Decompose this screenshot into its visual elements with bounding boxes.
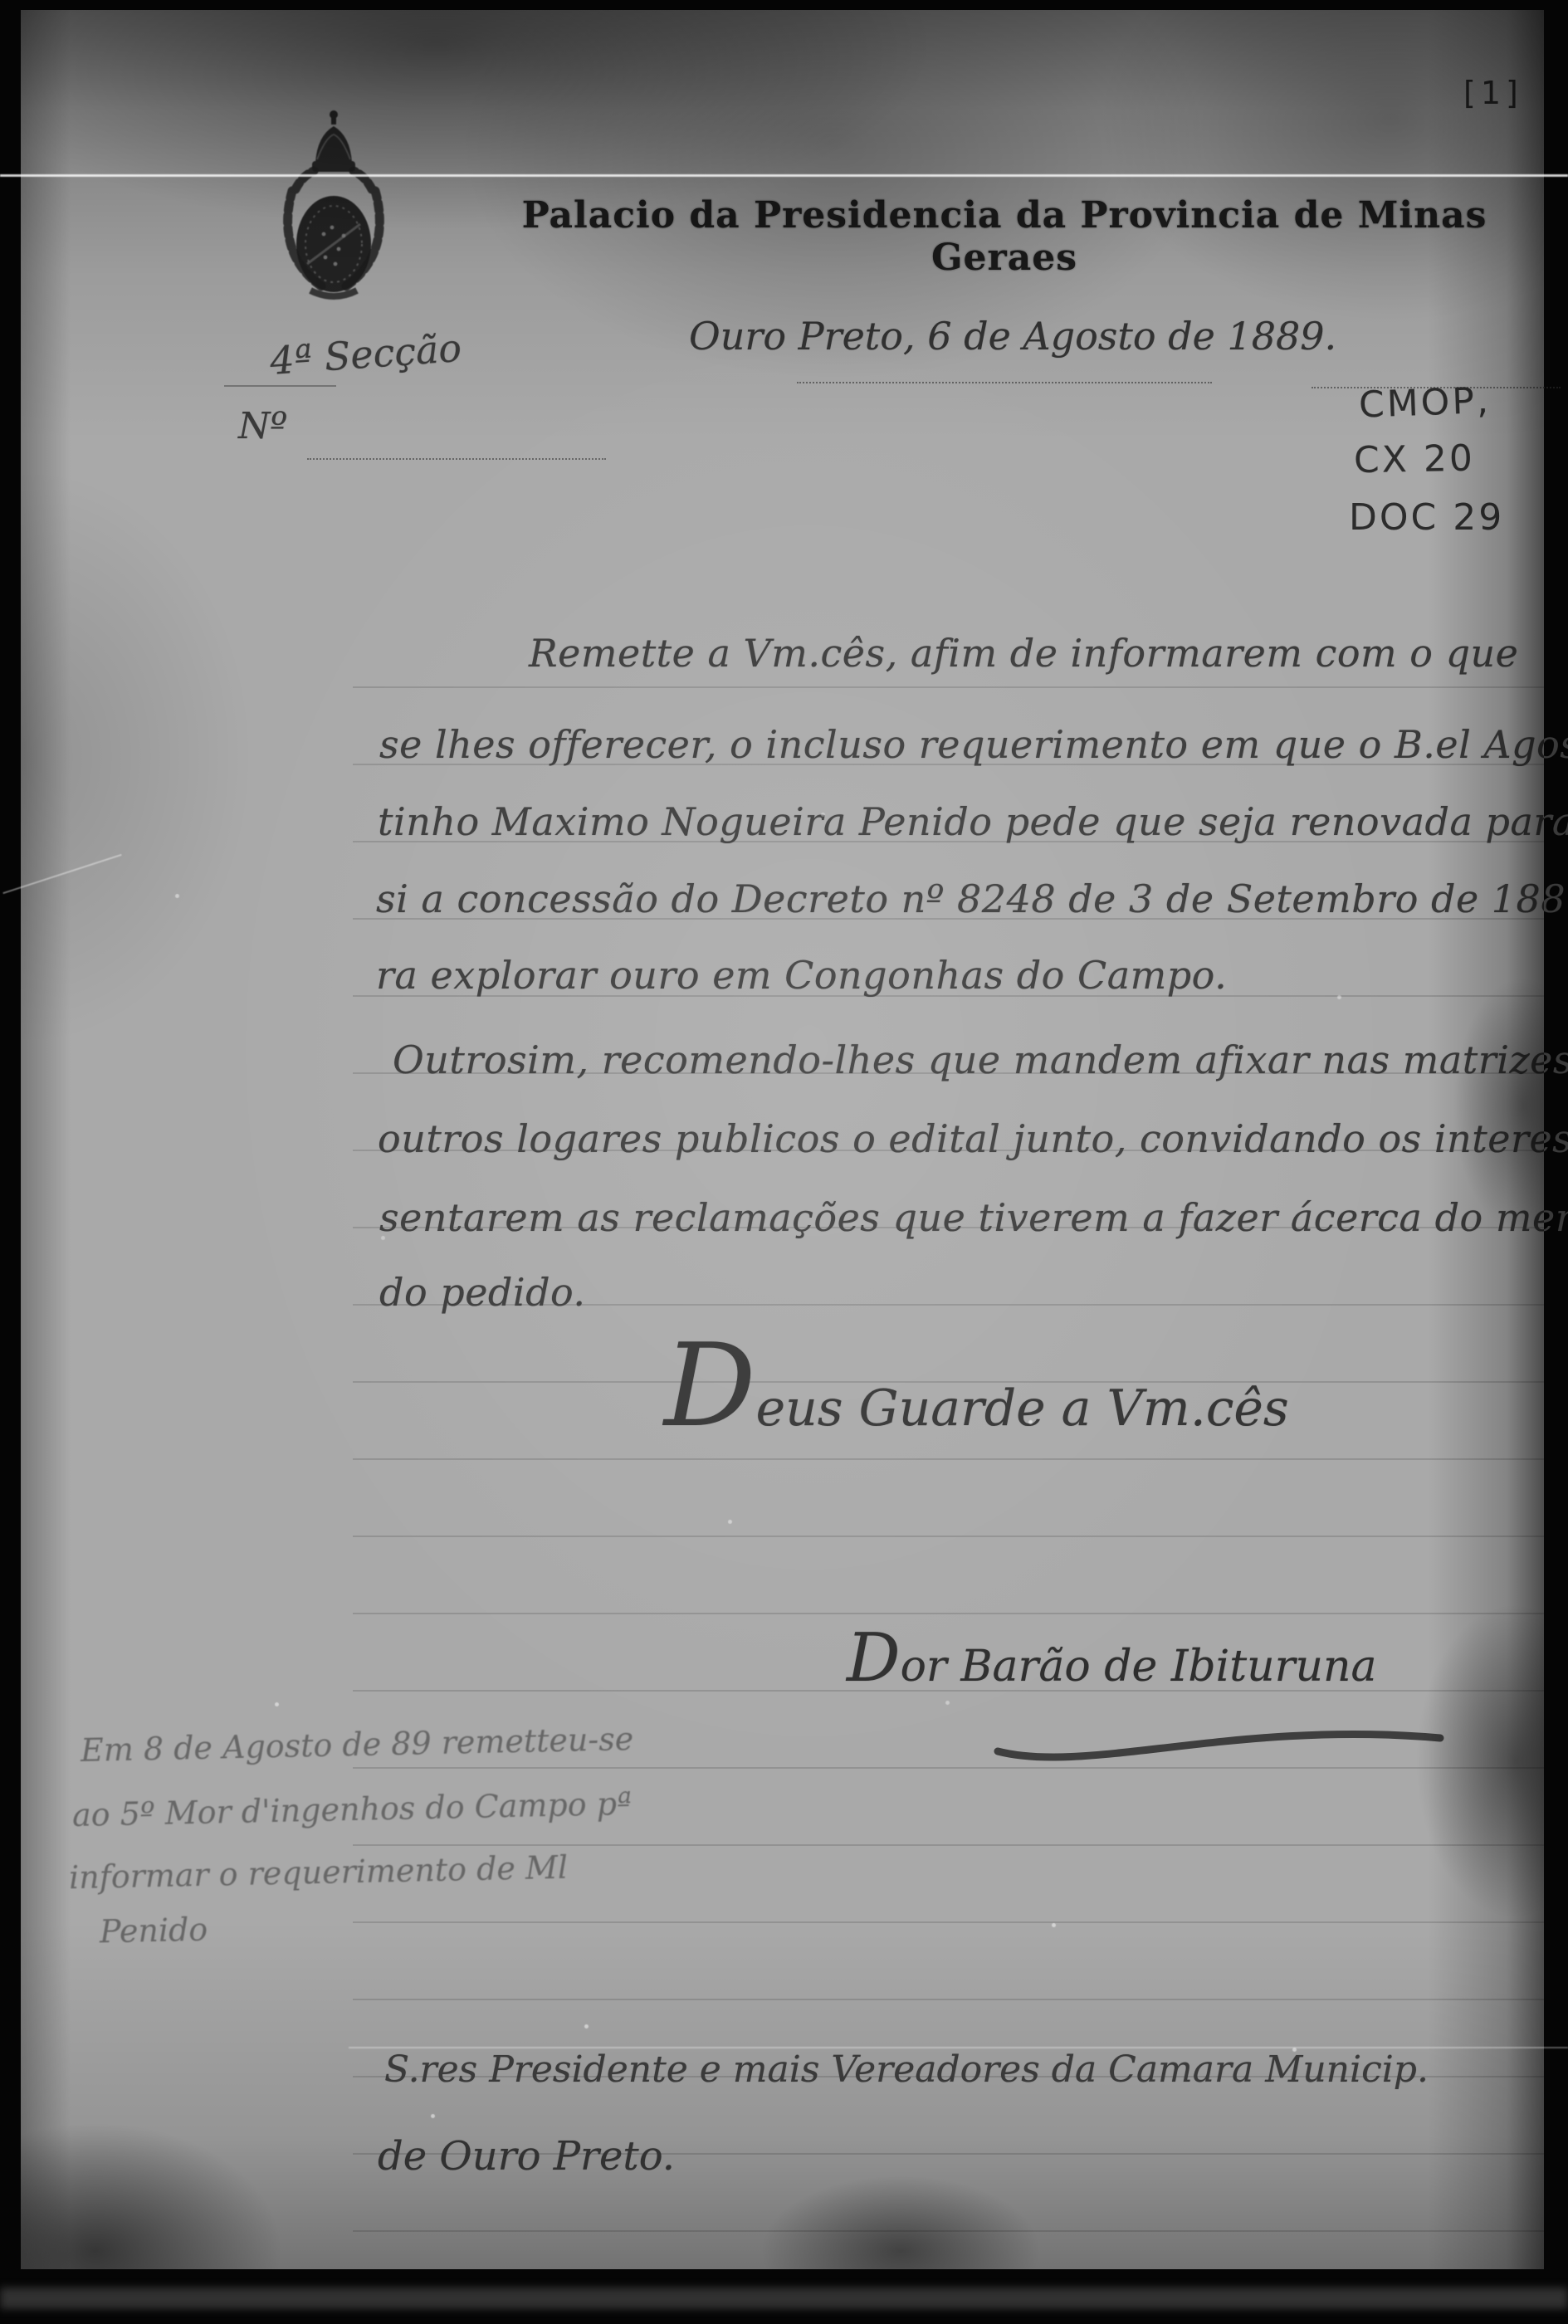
signature-flourish-icon: [988, 1713, 1453, 1773]
body-line: ra explorar ouro em Congonhas do Campo.: [376, 954, 1227, 997]
valediction: Deus Guarde a Vm.cês: [664, 1381, 1289, 1436]
body-line: si a concessão do Decreto nº 8248 de 3 d…: [376, 878, 1568, 920]
page-number-annotation: [1]: [1463, 75, 1523, 111]
addressee-line: de Ouro Preto.: [378, 2135, 675, 2179]
body-line: sentarem as reclamações que tiverem a fa…: [379, 1197, 1568, 1239]
collection-annotation: CMOP,: [1358, 379, 1492, 427]
addressee-line: S.res Presidente e mais Vereadores da Ca…: [384, 2050, 1429, 2090]
date-fill-line: [797, 382, 1212, 383]
body-line: tinho Maximo Nogueira Penido pede que se…: [378, 801, 1568, 843]
letter-paper: Palacio da Presidencia da Provincia de M…: [21, 10, 1544, 2269]
body-line: se lhes offerecer, o incluso requeriment…: [379, 724, 1568, 766]
box-annotation: CX 20: [1354, 437, 1476, 482]
scratch-line-faint: [349, 2047, 1568, 2048]
letterhead-title: Palacio da Presidencia da Provincia de M…: [452, 194, 1556, 279]
docket-note-line: Em 8 de Agosto de 89 remetteu-se: [81, 1721, 634, 1769]
dust-speckles: [0, 0, 2, 2]
signature: Dor Barão de Ibituruna: [847, 1643, 1377, 1691]
imperial-coat-of-arms-icon: [259, 101, 408, 305]
section-fill-line: [224, 385, 336, 387]
section-label: 4ª Secção: [269, 327, 463, 383]
body-line: Outrosim, recomendo-lhes que mandem afix…: [393, 1039, 1568, 1081]
docket-note-line: informar o requerimento de Ml: [69, 1849, 569, 1897]
body-line: outros logares publicos o edital junto, …: [378, 1118, 1568, 1160]
scratch-line: [0, 174, 1568, 177]
number-label: Nº: [238, 407, 287, 447]
docket-note-line: Penido: [100, 1911, 208, 1950]
docket-note-line: ao 5º Mor d'ingenhos do Campo pª: [72, 1785, 633, 1833]
dateline: Ouro Preto, 6 de Agosto de 1889.: [689, 315, 1336, 358]
body-line: Remette a Vm.cês, afim de informarem com…: [529, 632, 1518, 675]
body-line: do pedido.: [379, 1272, 586, 1314]
scanner-bed-strip: [0, 2287, 1568, 2309]
number-fill-line: [307, 458, 606, 460]
document-scan: Palacio da Presidencia da Provincia de M…: [0, 0, 1568, 2324]
doc-number-annotation: DOC 29: [1349, 496, 1504, 539]
